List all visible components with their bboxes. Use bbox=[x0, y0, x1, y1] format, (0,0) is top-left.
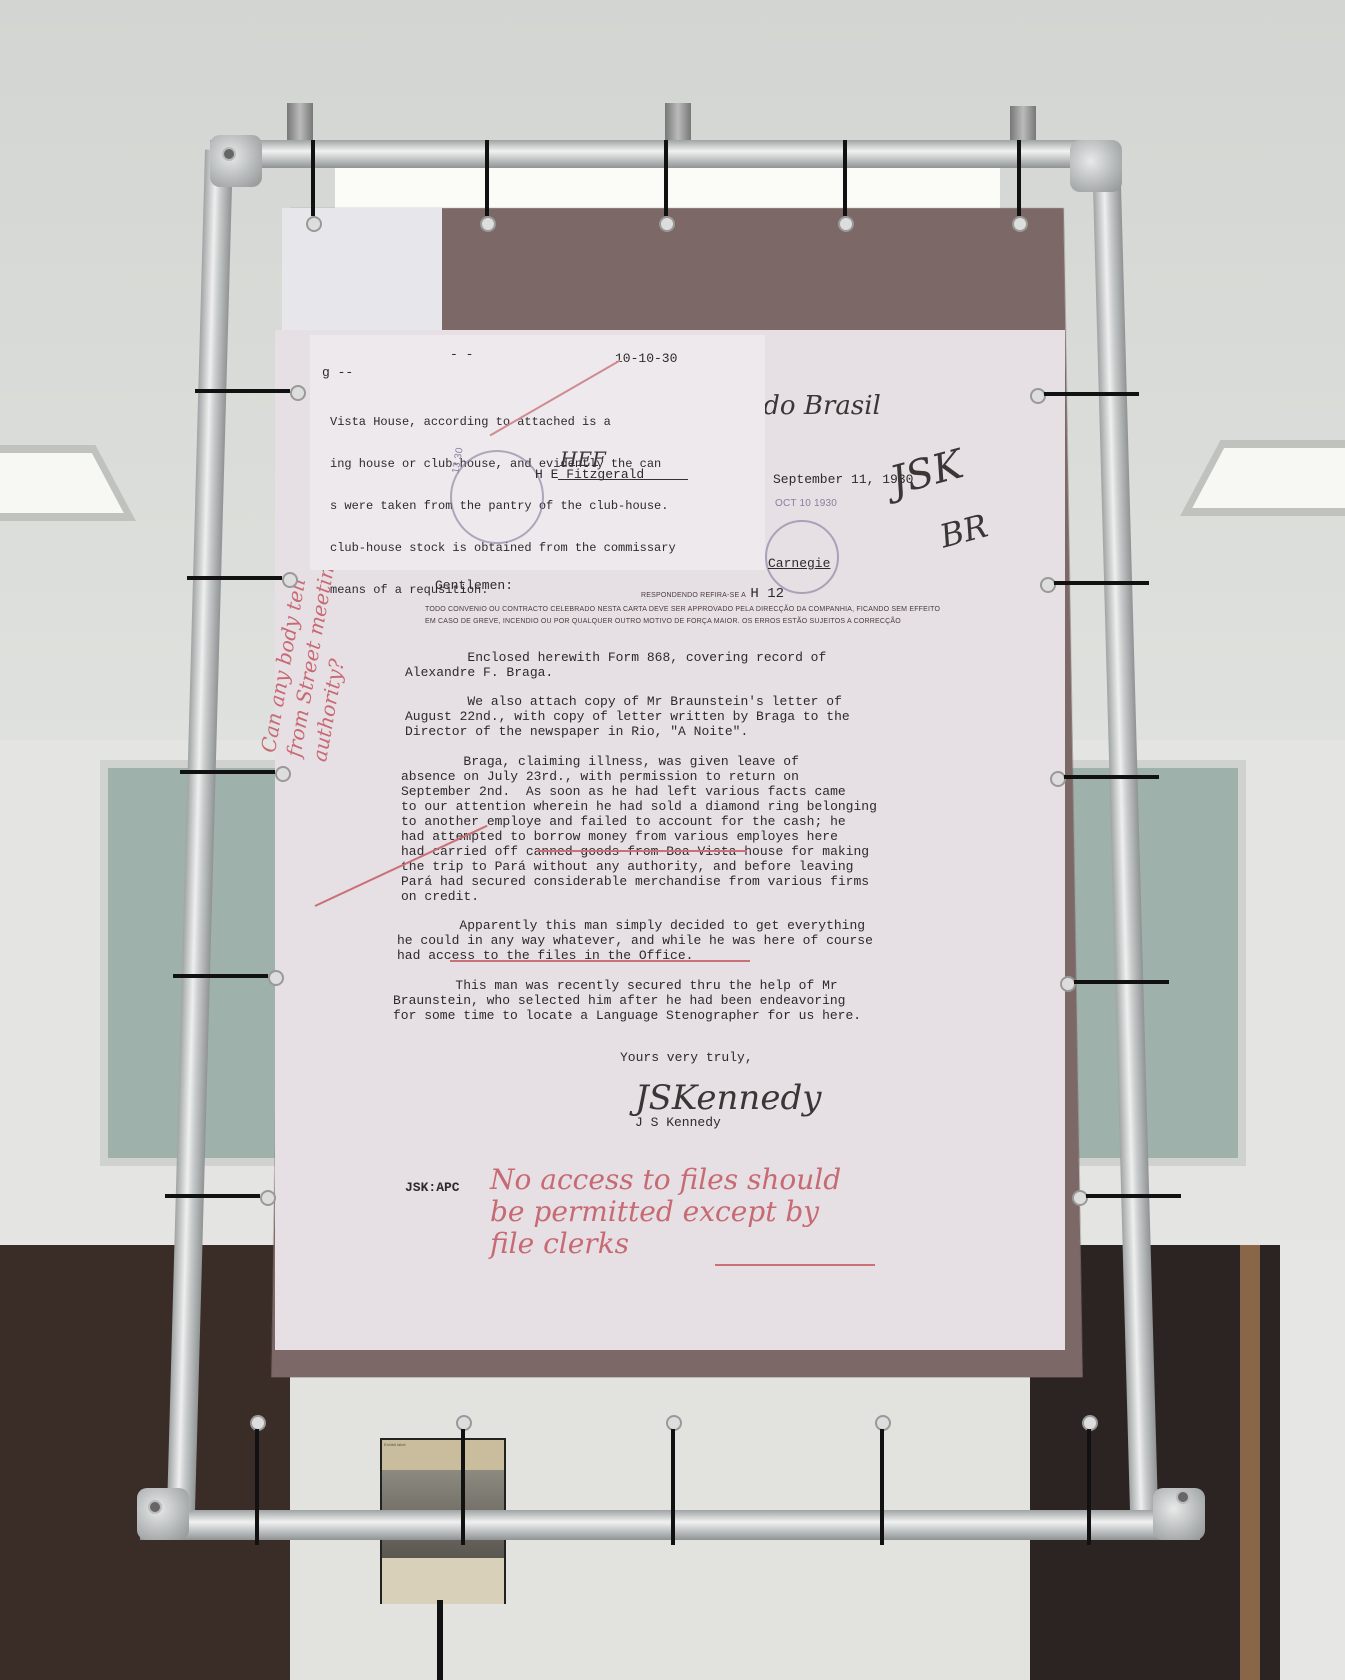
bungee-strap bbox=[664, 140, 668, 216]
bungee-strap bbox=[180, 770, 275, 774]
bottom-note-line-2: be permitted except by bbox=[490, 1196, 841, 1228]
paragraph-1: Enclosed herewith Form 868, covering rec… bbox=[405, 650, 826, 680]
grommet bbox=[260, 1190, 276, 1206]
stamp-date: OCT 10 1930 bbox=[775, 498, 837, 509]
memo-stamp bbox=[450, 450, 544, 544]
red-underline-note bbox=[715, 1264, 875, 1266]
bottom-note-line-1: No access to files should bbox=[490, 1164, 841, 1196]
grommet bbox=[838, 216, 854, 232]
bolt-icon bbox=[1176, 1490, 1190, 1504]
pipe-elbow-top-right bbox=[1070, 140, 1122, 192]
doorway-left bbox=[0, 1245, 290, 1680]
memo-dashes: - - bbox=[450, 347, 473, 362]
bottom-note-line-3: file clerks bbox=[490, 1228, 841, 1260]
bungee-strap bbox=[1064, 775, 1159, 779]
grommet bbox=[659, 216, 675, 232]
bungee-strap bbox=[1017, 140, 1021, 216]
bolt-icon bbox=[148, 1500, 162, 1514]
red-underline-goods bbox=[537, 850, 747, 852]
paragraph-5: This man was recently secured thru the h… bbox=[393, 978, 861, 1023]
door-frame bbox=[1240, 1245, 1260, 1680]
bungee-strap bbox=[671, 1429, 675, 1545]
grommet bbox=[306, 216, 322, 232]
bungee-strap bbox=[165, 1194, 260, 1198]
memo-dashes-2: g -- bbox=[322, 365, 353, 380]
grommet bbox=[268, 970, 284, 986]
grommet bbox=[480, 216, 496, 232]
memo-date: 10-10-30 bbox=[615, 351, 677, 366]
memo-signature-line bbox=[558, 479, 688, 480]
grommet bbox=[275, 766, 291, 782]
bungee-strap bbox=[1044, 392, 1139, 396]
bungee-strap bbox=[311, 140, 315, 216]
red-underline-files bbox=[450, 960, 750, 962]
bungee-strap bbox=[195, 389, 290, 393]
info-sign-caption: Exhibit label bbox=[382, 1440, 504, 1470]
typed-signature: J S Kennedy bbox=[635, 1115, 721, 1130]
memo-line: means of a requsition. bbox=[330, 583, 676, 597]
bungee-strap bbox=[1086, 1194, 1181, 1198]
bungee-strap bbox=[1054, 581, 1149, 585]
grommet bbox=[1012, 216, 1028, 232]
bolt-icon bbox=[222, 147, 236, 161]
grommet bbox=[1050, 771, 1066, 787]
carnegie-label: Carnegie bbox=[768, 556, 830, 571]
pipe-elbow-top-left bbox=[210, 135, 262, 187]
closing: Yours very truly, bbox=[620, 1050, 753, 1065]
handwritten-br: BR bbox=[936, 506, 992, 555]
paragraph-4: Apparently this man simply decided to ge… bbox=[397, 918, 873, 963]
window-right bbox=[1060, 760, 1246, 1166]
bungee-strap bbox=[187, 576, 282, 580]
handwritten-signature: JSKennedy bbox=[635, 1078, 821, 1118]
grommet bbox=[282, 572, 298, 588]
handwritten-initials: JSK bbox=[885, 441, 968, 504]
bungee-strap bbox=[843, 140, 847, 216]
bungee-strap bbox=[485, 140, 489, 216]
info-sign-text bbox=[382, 1558, 504, 1604]
frame-pipe-bottom bbox=[140, 1510, 1200, 1540]
bungee-strap bbox=[880, 1429, 884, 1545]
grommet bbox=[1040, 577, 1056, 593]
pipe-elbow-bottom-left bbox=[137, 1488, 189, 1540]
paragraph-2: We also attach copy of Mr Braunstein's l… bbox=[405, 694, 850, 739]
paragraph-3: Braga, claiming illness, was given leave… bbox=[401, 754, 877, 904]
bungee-strap bbox=[1087, 1429, 1091, 1545]
bungee-strap bbox=[1074, 980, 1169, 984]
bungee-strap bbox=[173, 974, 268, 978]
grommet bbox=[1060, 976, 1076, 992]
grommet bbox=[1072, 1190, 1088, 1206]
grommet bbox=[290, 385, 306, 401]
sign-post bbox=[437, 1600, 443, 1680]
reference-initials: JSK:APC bbox=[405, 1180, 460, 1195]
grommet bbox=[1030, 388, 1046, 404]
frame-pipe-top bbox=[210, 140, 1110, 168]
bungee-strap bbox=[461, 1429, 465, 1545]
bungee-strap bbox=[255, 1429, 259, 1545]
reference-value: H 12 bbox=[750, 586, 784, 602]
attached-memo: - - g -- 10-10-30 Vista House, according… bbox=[310, 335, 765, 570]
